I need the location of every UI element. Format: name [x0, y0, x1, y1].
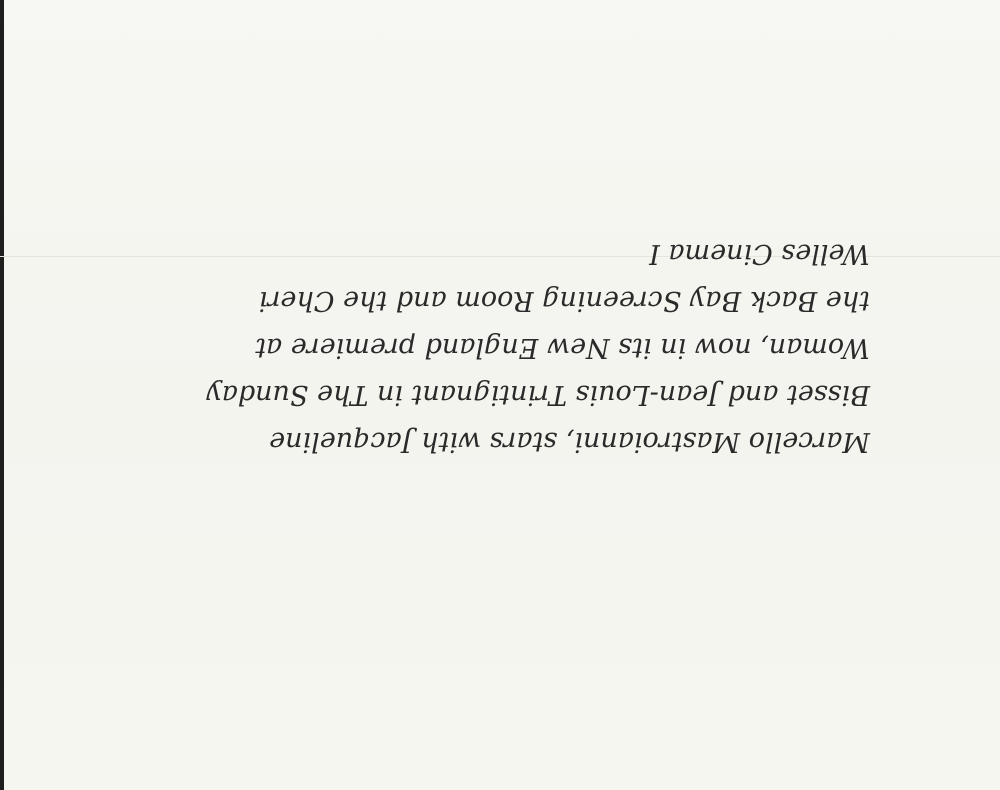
paper-background: Marcello Mastroianni, stars with Jacquel…: [0, 0, 1000, 790]
note-line-5: Welles Cinema I: [100, 230, 900, 277]
left-scan-edge: [0, 0, 4, 790]
note-line-3: Woman, now in its New England premiere a…: [100, 324, 900, 371]
note-line-2: Bisset and Jean-Louis Trintignant in The…: [100, 371, 900, 418]
handwritten-note: Marcello Mastroianni, stars with Jacquel…: [100, 215, 900, 465]
note-line-1: Marcello Mastroianni, stars with Jacquel…: [100, 418, 900, 465]
note-line-4: the Back Bay Screening Room and the Cher…: [100, 277, 900, 324]
